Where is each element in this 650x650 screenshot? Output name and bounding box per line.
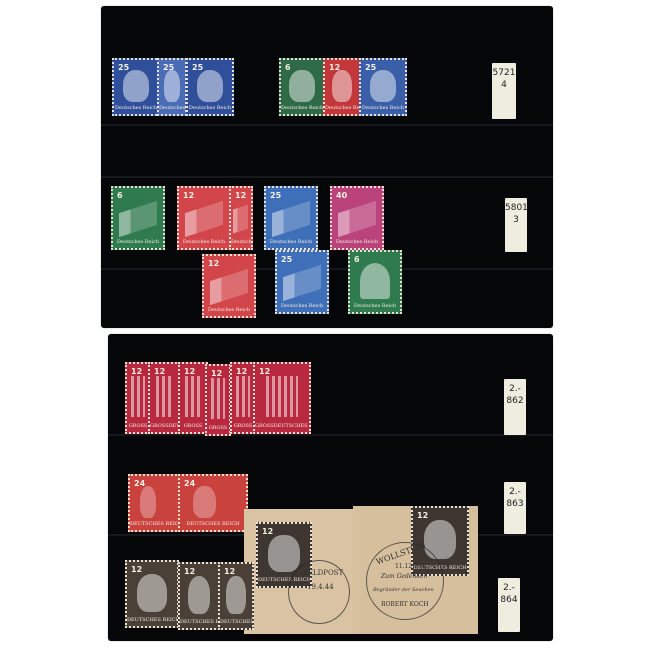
stamp: 25Deutsches Reich [359, 58, 407, 116]
stamp-inscription: DEUTSCHES REICH [220, 619, 252, 625]
stamp-value: 12 [236, 367, 247, 376]
label-catalog: 5801 [505, 202, 527, 214]
portrait-motif [289, 70, 314, 102]
stamp: 12GROSSDEUTSCHES REICH [253, 362, 311, 434]
train-motif [283, 265, 321, 301]
stamp-inscription: Deutsches Reich [114, 105, 158, 111]
label-price: 3 [505, 214, 527, 226]
stamp-value: 25 [270, 191, 281, 200]
stamp-inscription: Deutsches Reich [188, 105, 232, 111]
stamp: 12DEUTSCHES REICH [178, 562, 220, 630]
stamp: 6Deutsches Reich [279, 58, 325, 116]
postmark-date: 11.12.194 [395, 563, 426, 570]
city-motif [211, 378, 224, 419]
stamp-inscription: GROSS [180, 423, 206, 429]
stamp-value: 6 [285, 63, 291, 72]
portrait-motif [370, 70, 396, 102]
card-strip [101, 176, 553, 178]
postmark-feldpost: FELDPOST 19.4.44 [288, 560, 350, 624]
city-motif [131, 376, 144, 417]
train-motif [272, 201, 310, 237]
portrait-motif [332, 70, 352, 102]
portrait-motif [188, 576, 211, 614]
stamp: 12Deutsches Reich [177, 186, 231, 250]
portrait-motif [123, 70, 149, 102]
stamp-value: 12 [417, 511, 428, 520]
portrait-motif [137, 574, 167, 612]
label-price: 4 [492, 79, 516, 91]
stamp-inscription: Deutsches Reich [361, 105, 405, 111]
train-motif [233, 205, 248, 234]
train-motif [210, 269, 248, 305]
stamp: 12GROSS [178, 362, 208, 434]
stamp: 12DEUTSCHES REICH [125, 560, 179, 628]
stamp-value: 25 [281, 255, 292, 264]
stamp-inscription: Deutsches Reich [159, 105, 185, 111]
stamp-value: 24 [134, 479, 145, 488]
price-label: 2.- 862 [504, 379, 526, 435]
stamp-inscription: Deutsches Reich [113, 239, 163, 245]
stamp: 12Deutsches Reich [229, 186, 253, 250]
label-catalog: 5721 [492, 67, 516, 79]
stamp-value: 12 [208, 259, 219, 268]
stamp-value: 12 [131, 565, 142, 574]
stamp-inscription: Deutsches Reich [231, 239, 251, 245]
city-motif [156, 376, 173, 417]
stamp: 24DEUTSCHES REICH [128, 474, 180, 532]
stamp: 12DEUTSCHES REICH [218, 562, 254, 630]
stamp: 25Deutsches Reich [264, 186, 318, 250]
stamp-inscription: Deutsches Reich [281, 105, 323, 111]
stamp-inscription: GROSSDEUTSCHES [150, 423, 178, 429]
postmark-line: ROBERT KOCH [381, 601, 429, 608]
stamp: 6Deutsches Reich [348, 250, 402, 314]
stamp-inscription: Deutsches Reich [325, 105, 359, 111]
stamp-inscription: Deutsches Reich [204, 307, 254, 313]
portrait-motif [164, 70, 180, 102]
stamp-value: 6 [117, 191, 123, 200]
stamp-value: 25 [365, 63, 376, 72]
stamp-value: 12 [211, 369, 222, 378]
portrait-motif [226, 576, 245, 614]
stamp-inscription: Deutsches Reich [350, 303, 400, 309]
stamp-inscription: Deutsches Reich [332, 239, 382, 245]
stamp-value: 12 [184, 367, 195, 376]
label-price: 2.- [504, 383, 526, 395]
price-label: 2.- 864 [498, 578, 520, 632]
label-catalog: 864 [498, 594, 520, 606]
stamp-value: 6 [354, 255, 360, 264]
card-strip [101, 124, 553, 126]
stamp: 25Deutsches Reich [112, 58, 160, 116]
stamp: 12Deutsches Reich [202, 254, 256, 318]
stamp: 25Deutsches Reich [157, 58, 187, 116]
price-label: 5721 4 [492, 63, 516, 119]
stamp: 12Deutsches Reich [323, 58, 361, 116]
stamp: 25Deutsches Reich [186, 58, 234, 116]
stamp-value: 12 [154, 367, 165, 376]
label-price: 2.- [498, 582, 520, 594]
stock-card-2: 12GROSS 12GROSSDEUTSCHES 12GROSS 12GROSS… [108, 334, 553, 641]
soldiers-motif [193, 486, 216, 518]
train-motif [338, 201, 376, 237]
price-label: 5801 3 [505, 198, 527, 252]
stamp-value: 12 [183, 191, 194, 200]
portrait-motif [268, 535, 299, 572]
stamp-inscription: Deutsches Reich [179, 239, 229, 245]
stamp-value: 12 [131, 367, 142, 376]
stamp-inscription: GROSSDEUTSCHES REICH [255, 423, 309, 429]
stamp: 40Deutsches Reich [330, 186, 384, 250]
postmark-text: FELDPOST [303, 569, 343, 577]
stamp-value: 12 [259, 367, 270, 376]
stamp-value: 12 [224, 567, 235, 576]
stamp-inscription: DEUTSCHES REICH [127, 617, 177, 623]
label-catalog: 863 [504, 498, 526, 510]
city-motif [266, 376, 298, 417]
eagle-motif [360, 263, 390, 299]
portrait-motif [197, 70, 223, 102]
label-price: 2.- [504, 486, 526, 498]
stamp-inscription: DEUTSCHES REICH [130, 521, 178, 527]
stamp-inscription: Deutsches Reich [277, 303, 327, 309]
stamp: 24DEUTSCHES REICH [178, 474, 248, 532]
stamp-value: 12 [235, 191, 246, 200]
stamp-value: 25 [192, 63, 203, 72]
city-motif [236, 376, 249, 417]
city-motif [185, 376, 201, 417]
stamp-inscription: DEUTSCHES REICH [180, 619, 218, 625]
label-catalog: 862 [504, 395, 526, 407]
stamp-value: 24 [184, 479, 195, 488]
stamp: 12GROSS [205, 364, 231, 436]
stamp: 12GROSSDEUTSCHES [148, 362, 180, 434]
card-strip [108, 434, 553, 436]
stock-card-1: 25Deutsches Reich 25Deutsches Reich 25De… [101, 6, 553, 328]
stamp-inscription: DEUTSCHES REICH [180, 521, 246, 527]
postmark-line: Zum Gedenken [381, 573, 427, 580]
stamp: 25Deutsches Reich [275, 250, 329, 314]
train-motif [185, 201, 223, 237]
stamp-inscription: GROSS [207, 425, 229, 431]
stamp-value: 25 [163, 63, 174, 72]
stamp-value: 12 [262, 527, 273, 536]
soldiers-motif [140, 486, 157, 518]
price-label: 2.- 863 [504, 482, 526, 534]
postmark-wollstein: WOLLSTEIN 11.12.194 Zum Gedenken Begründ… [366, 542, 444, 620]
postmark-line: Begründer der Seuchen [373, 587, 434, 593]
stamp-inscription: GROSS [232, 423, 254, 429]
stamp: 6Deutsches Reich [111, 186, 165, 250]
stamp-inscription: Deutsches Reich [266, 239, 316, 245]
stamp-value: 12 [329, 63, 340, 72]
stamp-value: 12 [184, 567, 195, 576]
train-motif [119, 201, 157, 237]
stamp-value: 25 [118, 63, 129, 72]
postmark-date: 19.4.44 [307, 583, 334, 591]
stamp-inscription: GROSS [127, 423, 149, 429]
stamp-value: 40 [336, 191, 347, 200]
